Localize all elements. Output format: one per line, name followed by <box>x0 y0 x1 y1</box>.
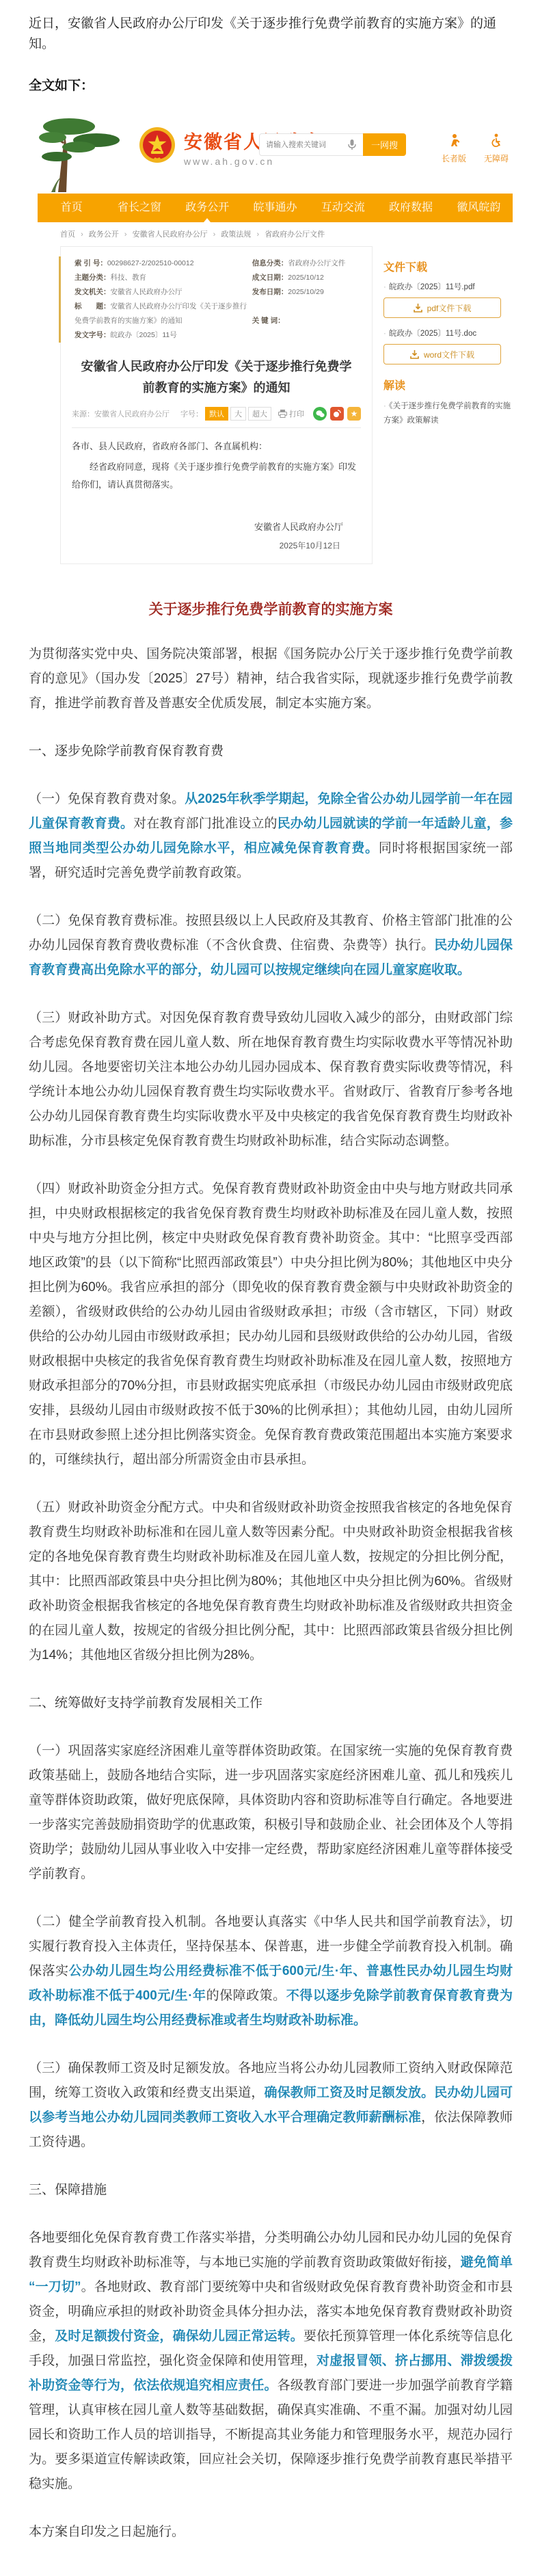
document-source: 来源：安徽省人民政府办公厅 <box>72 408 170 419</box>
article-text: （三）财政补助方式。对因免保育教育费导致幼儿园收入减少的部分，由财政部门综合考虑… <box>29 1011 513 1148</box>
article-paragraph: （一）免保育教育费对象。从2025年秋季学期起，免除全省公办幼儿园学前一年在园儿… <box>29 787 513 886</box>
document-signer: 安徽省人民政府办公厅 <box>72 520 361 533</box>
article-section-heading: 一、逐步免除学前教育保育教育费 <box>29 739 513 764</box>
document-sign-date: 2025年10月12日 <box>72 540 361 551</box>
fontsize-large-button[interactable]: 大 <box>230 407 246 421</box>
elder-version-label: 长者版 <box>442 152 466 164</box>
breadcrumb-current: 省政府办公厅文件 <box>265 230 325 239</box>
article-section-heading: 三、保障措施 <box>29 2178 513 2203</box>
wechat-share-icon[interactable] <box>313 407 327 421</box>
breadcrumb: 首页 › 政务公开 › 安徽省人民政府办公厅 › 政策法规 › 省政府办公厅文件 <box>38 222 513 245</box>
file-item-doc[interactable]: ·皖政办〔2025〕11号.doc <box>383 328 513 338</box>
national-emblem-icon <box>139 127 176 167</box>
accessibility-link[interactable]: 无障碍 <box>484 133 509 164</box>
article-text: 各级教育部门要进一步加强学前教育学籍管理，认真审核在园儿童人数等基础数据，确保真… <box>29 2378 513 2491</box>
pdf-download-label: pdf文件下载 <box>427 302 472 314</box>
pdf-download-button[interactable]: pdf文件下载 <box>383 297 501 318</box>
fontsize-xlarge-button[interactable]: 超大 <box>248 407 271 421</box>
wheelchair-icon <box>489 138 503 150</box>
breadcrumb-link-gov-affairs[interactable]: 政务公开 <box>89 230 119 239</box>
fontsize-default-button[interactable]: 默认 <box>205 407 228 421</box>
site-search: 一网搜 <box>259 133 406 156</box>
gov-site-header: 安徽省人民政府 www.ah.gov.cn 一网搜 <box>38 111 513 194</box>
breadcrumb-link-home[interactable]: 首页 <box>60 230 75 239</box>
plan-body: 为贯彻落实党中央、国务院决策部署，根据《国务院办公厅关于逐步推行免费学前教育的意… <box>29 642 513 2545</box>
article-text: 二、统筹做好支持学前教育发展相关工作 <box>29 1696 262 1710</box>
download-icon <box>414 304 422 313</box>
site-nav: 首页 省长之窗 政务公开 皖事通办 互动交流 政府数据 徽风皖韵 <box>38 194 513 222</box>
breadcrumb-separator: › <box>81 230 83 239</box>
interpretation-section-title: 解读 <box>383 377 513 393</box>
nav-item-interaction[interactable]: 互动交流 <box>309 194 377 222</box>
accessibility-label: 无障碍 <box>484 152 509 164</box>
meta-row: 信息分类：省政府办公厅文件 <box>252 256 361 271</box>
article-text: 的保障政策。 <box>206 1989 286 2003</box>
document-body-text: 经省政府同意，现将《关于逐步推行免费学前教育的实施方案》印发给你们，请认真贯彻落… <box>72 458 361 494</box>
article-section-heading: 二、统筹做好支持学前教育发展相关工作 <box>29 1691 513 1716</box>
document-card: 索 引 号：00298627-2/202510-00012 主题分类：科技、教育… <box>60 246 373 564</box>
pine-tree-image <box>38 114 125 197</box>
breadcrumb-separator: › <box>256 230 259 239</box>
article-text: 三、保障措施 <box>29 2183 107 2197</box>
document-sidebar: 文件下载 ·皖政办〔2025〕11号.pdf pdf文件下载 ·皖政办〔2025… <box>373 246 513 564</box>
plan-title: 关于逐步推行免费学前教育的实施方案 <box>29 598 513 619</box>
article-text: （一）免保育教育费对象。 <box>29 792 185 806</box>
article-text: （五）财政补助资金分配方式。中央和省级财政补助资金按照我省核定的各地免保育教育费… <box>29 1500 513 1662</box>
meta-row: 主题分类：科技、教育 <box>75 271 252 285</box>
meta-row: 发文机关：安徽省人民政府办公厅 <box>75 285 252 300</box>
article-paragraph: （三）确保教师工资及时足额发放。各地应当将公办幼儿园教师工资纳入财政保障范围，统… <box>29 2056 513 2155</box>
word-download-button[interactable]: word文件下载 <box>383 344 501 364</box>
article-paragraph: 为贯彻落实党中央、国务院决策部署，根据《国务院办公厅关于逐步推行免费学前教育的意… <box>29 642 513 716</box>
elder-version-link[interactable]: 长者版 <box>442 133 466 164</box>
nav-item-home[interactable]: 首页 <box>38 194 105 222</box>
article-text: （一）巩固落实家庭经济困难儿童等群体资助政策。在国家统一实施的免保育教育费政策基… <box>29 1744 513 1881</box>
print-button[interactable]: 打印 <box>278 408 304 419</box>
print-label: 打印 <box>289 408 304 419</box>
nav-item-services[interactable]: 皖事通办 <box>241 194 309 222</box>
search-button[interactable]: 一网搜 <box>363 133 406 156</box>
word-download-label: word文件下载 <box>424 349 474 360</box>
nav-item-governor[interactable]: 省长之窗 <box>105 194 173 222</box>
nav-item-gov-data[interactable]: 政府数据 <box>377 194 444 222</box>
article-text: 本方案自印发之日起施行。 <box>29 2525 185 2539</box>
article-emphasis-text: 及时足额拨付资金，确保幼儿园正常运转。 <box>55 2329 303 2343</box>
breadcrumb-link-policy[interactable]: 政策法规 <box>221 230 251 239</box>
meta-row: 成文日期：2025/10/12 <box>252 271 361 285</box>
article-paragraph: （四）财政补助资金分担方式。免保育教育费财政补助资金由中央与地方财政共同承担，中… <box>29 1177 513 1472</box>
fontsize-label: 字号： <box>180 408 203 419</box>
meta-row: 标 题：安徽省人民政府办公厅印发《关于逐步推行免费学前教育的实施方案》的通知 <box>75 300 252 328</box>
article-paragraph: （二）免保育教育费标准。按照县级以上人民政府及其教育、价格主管部门批准的公办幼儿… <box>29 909 513 983</box>
meta-row: 关 键 词： <box>252 314 361 328</box>
document-meta: 索 引 号：00298627-2/202510-00012 主题分类：科技、教育… <box>59 256 361 343</box>
article-text: 为贯彻落实党中央、国务院决策部署，根据《国务院办公厅关于逐步推行免费学前教育的意… <box>29 647 513 711</box>
elder-person-icon <box>447 138 461 150</box>
weibo-share-icon[interactable] <box>330 407 344 421</box>
article-paragraph: 本方案自印发之日起施行。 <box>29 2520 513 2545</box>
article-text: （四）财政补助资金分担方式。免保育教育费财政补助资金由中央与地方财政共同承担，中… <box>29 1182 513 1467</box>
news-lead: 近日，安徽省人民政府办公厅印发《关于逐步推行免费学前教育的实施方案》的通知。 <box>29 14 513 55</box>
download-icon <box>410 350 419 359</box>
favorite-star-icon[interactable]: ★ <box>347 407 361 421</box>
document-salutation: 各市、县人民政府，省政府各部门、各直属机构： <box>72 438 361 455</box>
breadcrumb-separator: › <box>124 230 127 239</box>
gov-site-screenshot: 安徽省人民政府 www.ah.gov.cn 一网搜 <box>38 111 513 574</box>
breadcrumb-separator: › <box>213 230 216 239</box>
article-paragraph: （一）巩固落实家庭经济困难儿童等群体资助政策。在国家统一实施的免保育教育费政策基… <box>29 1739 513 1887</box>
article-paragraph: （三）财政补助方式。对因免保育教育费导致幼儿园收入减少的部分，由财政部门综合考虑… <box>29 1006 513 1154</box>
file-item-pdf[interactable]: ·皖政办〔2025〕11号.pdf <box>383 281 513 292</box>
article-paragraph: （二）健全学前教育投入机制。各地要认真落实《中华人民共和国学前教育法》，切实履行… <box>29 1910 513 2033</box>
article-paragraph: （五）财政补助资金分配方式。中央和省级财政补助资金按照我省核定的各地免保育教育费… <box>29 1496 513 1668</box>
article-page: 近日，安徽省人民政府办公厅印发《关于逐步推行免费学前教育的实施方案》的通知。 全… <box>0 0 540 2576</box>
meta-row: 索 引 号：00298627-2/202510-00012 <box>75 256 252 271</box>
article-text: 一、逐步免除学前教育保育教育费 <box>29 744 224 758</box>
article-text: 对在教育部门批准设立的 <box>133 816 278 831</box>
nav-item-culture[interactable]: 徽风皖韵 <box>445 194 513 222</box>
meta-row: 发布日期：2025/10/29 <box>252 285 361 300</box>
breadcrumb-link-office[interactable]: 安徽省人民政府办公厅 <box>133 230 208 239</box>
fulltext-label: 全文如下： <box>29 75 513 94</box>
article-text: 各地要细化免保育教育费工作落实举措，分类明确公办幼儿园和民办幼儿园的免保育教育费… <box>29 2231 513 2270</box>
document-title: 安徽省人民政府办公厅印发《关于逐步推行免费学前教育的实施方案》的通知 <box>76 356 357 399</box>
download-section-title: 文件下载 <box>383 258 513 274</box>
nav-item-gov-affairs[interactable]: 政务公开 <box>174 194 241 222</box>
meta-row: 发文字号：皖政办〔2025〕11号 <box>75 328 252 343</box>
article-paragraph: 各地要细化免保育教育费工作落实举措，分类明确公办幼儿园和民办幼儿园的免保育教育费… <box>29 2226 513 2497</box>
interpretation-link[interactable]: ·《关于逐步推行免费学前教育的实施方案》政策解读 <box>383 399 513 428</box>
